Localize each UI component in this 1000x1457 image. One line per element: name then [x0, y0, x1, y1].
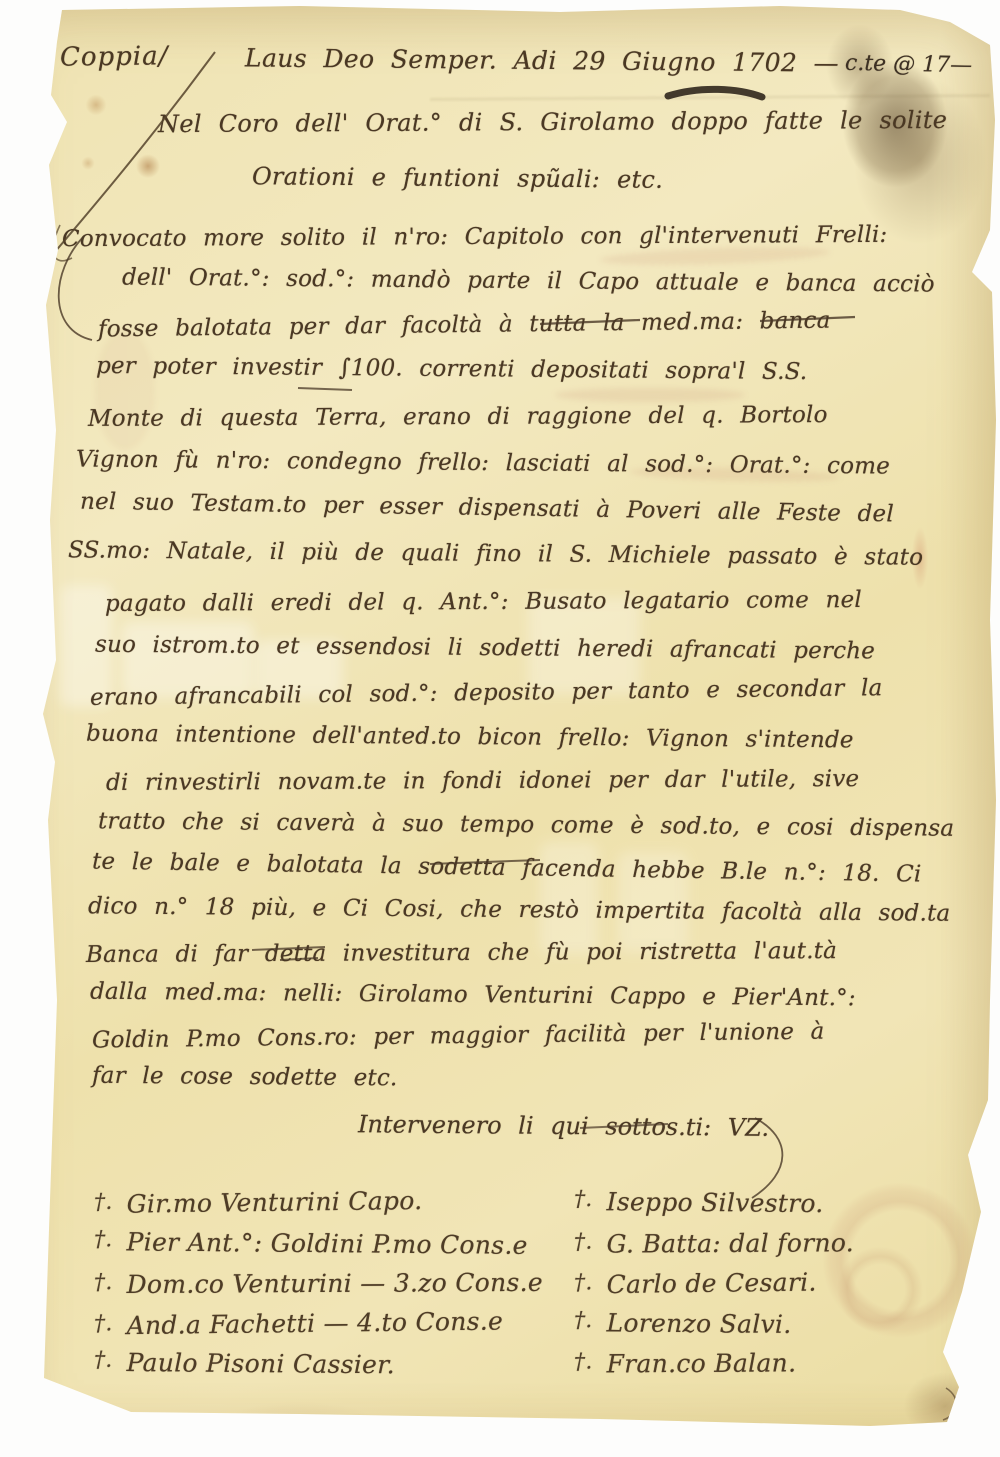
attendee-left-0: †. Gir.mo Venturini Capo.	[94, 1186, 423, 1219]
cross-mark-icon: †.	[574, 1230, 593, 1259]
cross-mark-icon: †.	[574, 1270, 593, 1299]
attendee-name: Paulo Pisoni Cassier.	[126, 1348, 395, 1379]
attendee-name: Gir.mo Venturini Capo.	[126, 1186, 422, 1219]
manuscript-line: fosse balotata per dar facoltà à tutta l…	[98, 308, 831, 343]
scan-background: Coppia/ Laus Deo Semper. Adi 29 Giugno 1…	[0, 0, 1000, 1457]
attendee-name: And.a Fachetti — 4.to Cons.e	[126, 1307, 503, 1341]
manuscript-title-line: Orationi e funtioni spũali: etc.	[252, 162, 663, 194]
manuscript-line: buona intentione dell'anted.to bicon fre…	[86, 721, 854, 754]
manuscript-line: te le bale e balotata la sodetta facenda…	[92, 848, 922, 887]
manuscript-line: dico n.° 18 più, e Ci Cosi, che restò im…	[88, 893, 951, 927]
cross-mark-icon: †.	[94, 1270, 113, 1299]
ink-bleedthrough	[555, 388, 745, 402]
ink-bleedthrough	[95, 330, 155, 450]
attendee-right-4: †. Fran.co Balan.	[574, 1348, 796, 1378]
manuscript-line: SS.mo: Natale, il più de quali fino il S…	[68, 537, 923, 570]
attendee-right-3: †. Lorenzo Salvi.	[574, 1308, 792, 1339]
cross-mark-icon: †.	[574, 1349, 593, 1378]
manuscript-line: Vignon fù n'ro: condegno frello: lasciat…	[76, 446, 890, 479]
attendee-left-2: †. Dom.co Venturini — 3.zo Cons.e	[94, 1268, 543, 1299]
attendee-name: G. Batta: dal forno.	[607, 1228, 855, 1258]
paper-crease	[430, 94, 990, 101]
manuscript-line: Banca di far detta investitura che fù po…	[86, 938, 837, 968]
manuscript-line: dalla med.ma: nelli: Girolamo Venturini …	[90, 979, 856, 1012]
manuscript-line: tratto che si caverà à suo tempo come è …	[98, 808, 954, 841]
cross-mark-icon: †.	[574, 1187, 593, 1216]
header-invocation-date: Laus Deo Semper. Adi 29 Giugno 1702 —	[245, 43, 839, 77]
attendee-name: Pier Ant.°: Goldini P.mo Cons.e	[126, 1227, 527, 1259]
attendee-name: Carlo de Cesari.	[606, 1268, 816, 1300]
folio-number: c.te @ 17—	[845, 51, 973, 78]
attendee-name: Dom.co Venturini — 3.zo Cons.e	[127, 1268, 544, 1299]
attendee-left-3: †. And.a Fachetti — 4.to Cons.e	[94, 1307, 503, 1341]
manuscript-line: far le cose sodette etc.	[92, 1063, 398, 1092]
manuscript-line: pagato dalli eredi del q. Ant.°: Busato …	[105, 587, 862, 617]
manuscript-title-line: Nel Coro dell' Orat.° di S. Girolamo dop…	[158, 106, 947, 138]
manuscript-line: Convocato more solito il n'ro: Capitolo …	[62, 222, 888, 252]
cross-mark-icon: †.	[94, 1227, 113, 1256]
attendee-right-1: †. G. Batta: dal forno.	[574, 1228, 854, 1258]
manuscript-page: Coppia/ Laus Deo Semper. Adi 29 Giugno 1…	[0, 0, 1000, 1457]
attendee-name: Fran.co Balan.	[607, 1348, 797, 1378]
manuscript-line: Goldin P.mo Cons.ro: per maggior facilit…	[92, 1019, 825, 1054]
margin-note-coppia: Coppia/	[60, 41, 169, 72]
attendee-name: Lorenzo Salvi.	[606, 1308, 791, 1339]
manuscript-line: nel suo Testam.to per esser dispensati à…	[80, 489, 894, 528]
cross-mark-icon: †.	[94, 1348, 113, 1377]
manuscript-line: per poter investir ∫100. correnti deposi…	[96, 353, 808, 385]
attendee-right-0: †. Iseppo Silvestro.	[574, 1187, 824, 1218]
manuscript-line: Monte di questa Terra, erano di raggione…	[88, 402, 828, 432]
cross-mark-icon: †.	[94, 1311, 113, 1340]
manuscript-line: dell' Orat.°: sod.°: mandò parte il Capo…	[122, 264, 935, 297]
cross-mark-icon: †.	[94, 1190, 113, 1219]
attendee-name: Iseppo Silvestro.	[606, 1187, 823, 1218]
attendees-heading: Intervenero li qui sottos.ti: VZ.	[358, 1110, 769, 1142]
attendee-left-4: †. Paulo Pisoni Cassier.	[94, 1348, 395, 1380]
manuscript-line: di rinvestirli novam.te in fondi idonei …	[106, 766, 859, 796]
attendee-right-2: †. Carlo de Cesari.	[574, 1268, 817, 1300]
attendee-left-1: †. Pier Ant.°: Goldini P.mo Cons.e	[94, 1227, 528, 1260]
cross-mark-icon: †.	[574, 1308, 593, 1337]
